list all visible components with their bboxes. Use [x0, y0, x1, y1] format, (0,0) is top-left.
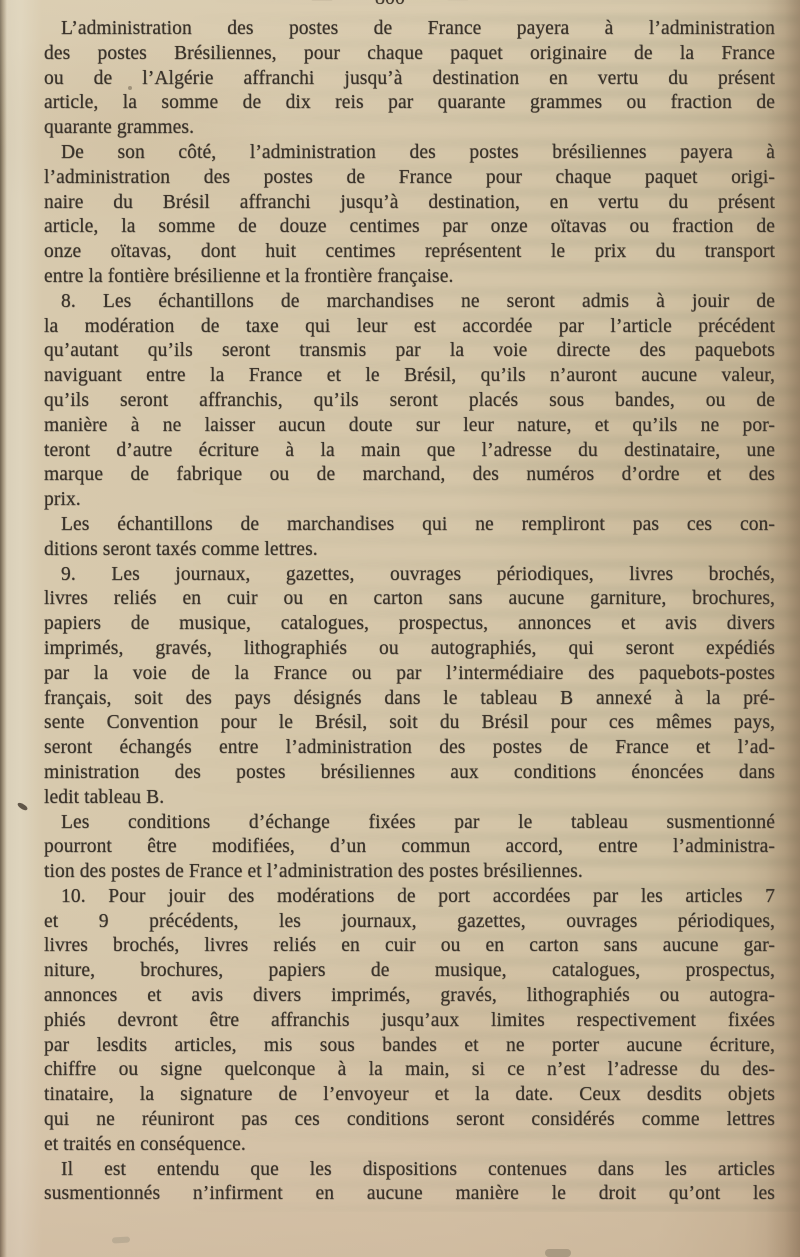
text-line: ou de l’Algérie affranchi jusqu’à destin… — [44, 67, 775, 92]
text-line: Les conditions d’échange fixées par le t… — [44, 811, 775, 836]
text-line: chiffre ou signe quelconque à la main, s… — [44, 1058, 775, 1083]
text-line: entre la fontière brésilienne et la fron… — [44, 265, 775, 290]
text-line: et 9 précédents, les journaux, gazettes,… — [44, 910, 775, 935]
paragraph: 8. Les échantillons de marchandises ne s… — [44, 290, 775, 513]
paragraph: Les conditions d’échange fixées par le t… — [44, 811, 775, 885]
text-line: français, soit des pays désignés dans le… — [44, 687, 775, 712]
text-line: tion des postes de France et l’administr… — [44, 860, 775, 885]
paragraph: 10. Pour jouir des modérations de port a… — [44, 885, 775, 1158]
text-line: annonces et avis divers imprimés, gravés… — [44, 984, 775, 1009]
text-line: Les échantillons de marchandises qui ne … — [44, 513, 775, 538]
paragraph: Il est entendu que les dispositions cont… — [44, 1158, 775, 1208]
text-line: tinataire, la signature de l’envoyeur et… — [44, 1083, 775, 1108]
document-text: L’administration des postes de France pa… — [44, 17, 775, 1207]
text-line: ditions seront taxés comme lettres. — [44, 538, 775, 563]
text-line: des postes Brésiliennes, pour chaque paq… — [44, 42, 775, 67]
text-line: article, la somme de douze centimes par … — [44, 215, 775, 240]
text-line: seront échangés entre l’administration d… — [44, 736, 775, 761]
text-line: susmentionnés n’infirment en aucune mani… — [44, 1182, 775, 1207]
ink-speck — [112, 1236, 130, 1243]
text-line: papiers de musique, catalogues, prospect… — [44, 612, 775, 637]
text-line: prix. — [44, 488, 775, 513]
text-line: pourront être modifiées, d’un commun acc… — [44, 835, 775, 860]
text-line: livres brochés, livres reliés en cuir ou… — [44, 934, 775, 959]
text-line: qu’ils seront affranchis, qu’ils seront … — [44, 389, 775, 414]
text-line: ministration des postes brésiliennes aux… — [44, 761, 775, 786]
text-line: sente Convention pour le Brésil, soit du… — [44, 711, 775, 736]
text-line: onze oïtavas, dont huit centimes représe… — [44, 240, 775, 265]
text-line: livres reliés en cuir ou en carton sans … — [44, 587, 775, 612]
text-line: De son côté, l’administration des postes… — [44, 141, 775, 166]
text-line: niture, brochures, papiers de musique, c… — [44, 959, 775, 984]
text-line: imprimés, gravés, lithographiés ou autog… — [44, 637, 775, 662]
text-line: par la voie de la France ou par l’interm… — [44, 662, 775, 687]
text-line: qui ne réuniront pas ces conditions sero… — [44, 1108, 775, 1133]
text-line: teront d’autre écriture à la main que l’… — [44, 439, 775, 464]
text-line: 9. Les journaux, gazettes, ouvrages péri… — [44, 563, 775, 588]
text-line: ledit tableau B. — [44, 786, 775, 811]
paragraph: De son côté, l’administration des postes… — [44, 141, 775, 290]
text-line: quarante grammes. — [44, 116, 775, 141]
text-line: la modération de taxe qui leur est accor… — [44, 315, 775, 340]
scanned-book-page: — 800 — L’administration des postes de F… — [0, 0, 800, 1257]
text-line: et traités en conséquence. — [44, 1133, 775, 1158]
text-line: article, la somme de dix reis par quaran… — [44, 91, 775, 116]
text-line: naire du Brésil affranchi jusqu’à destin… — [44, 191, 775, 216]
ink-speck — [545, 1249, 571, 1257]
text-line: l’administration des postes de France po… — [44, 166, 775, 191]
text-line: Il est entendu que les dispositions cont… — [44, 1158, 775, 1183]
paragraph: 9. Les journaux, gazettes, ouvrages péri… — [44, 563, 775, 811]
text-line: L’administration des postes de France pa… — [44, 17, 775, 42]
text-line: manière à ne laisser aucun doute sur leu… — [44, 414, 775, 439]
text-line: 8. Les échantillons de marchandises ne s… — [44, 290, 775, 315]
text-line: qu’autant qu’ils seront transmis par la … — [44, 339, 775, 364]
text-line: marque de fabrique ou de marchand, des n… — [44, 463, 775, 488]
paragraph: Les échantillons de marchandises qui ne … — [44, 513, 775, 563]
paragraph: L’administration des postes de France pa… — [44, 17, 775, 141]
header-dash-left: — — [312, 0, 332, 10]
header-dash-right: — — [448, 0, 468, 10]
page-number-header: — 800 — — [312, 0, 468, 10]
text-line: phiés devront être affranchis jusqu’aux … — [44, 1009, 775, 1034]
text-line: 10. Pour jouir des modérations de port a… — [44, 885, 775, 910]
text-line: naviguant entre la France et le Brésil, … — [44, 364, 775, 389]
ink-speck — [17, 801, 29, 812]
page-number: 800 — [375, 0, 405, 10]
text-line: par lesdits articles, mis sous bandes et… — [44, 1034, 775, 1059]
